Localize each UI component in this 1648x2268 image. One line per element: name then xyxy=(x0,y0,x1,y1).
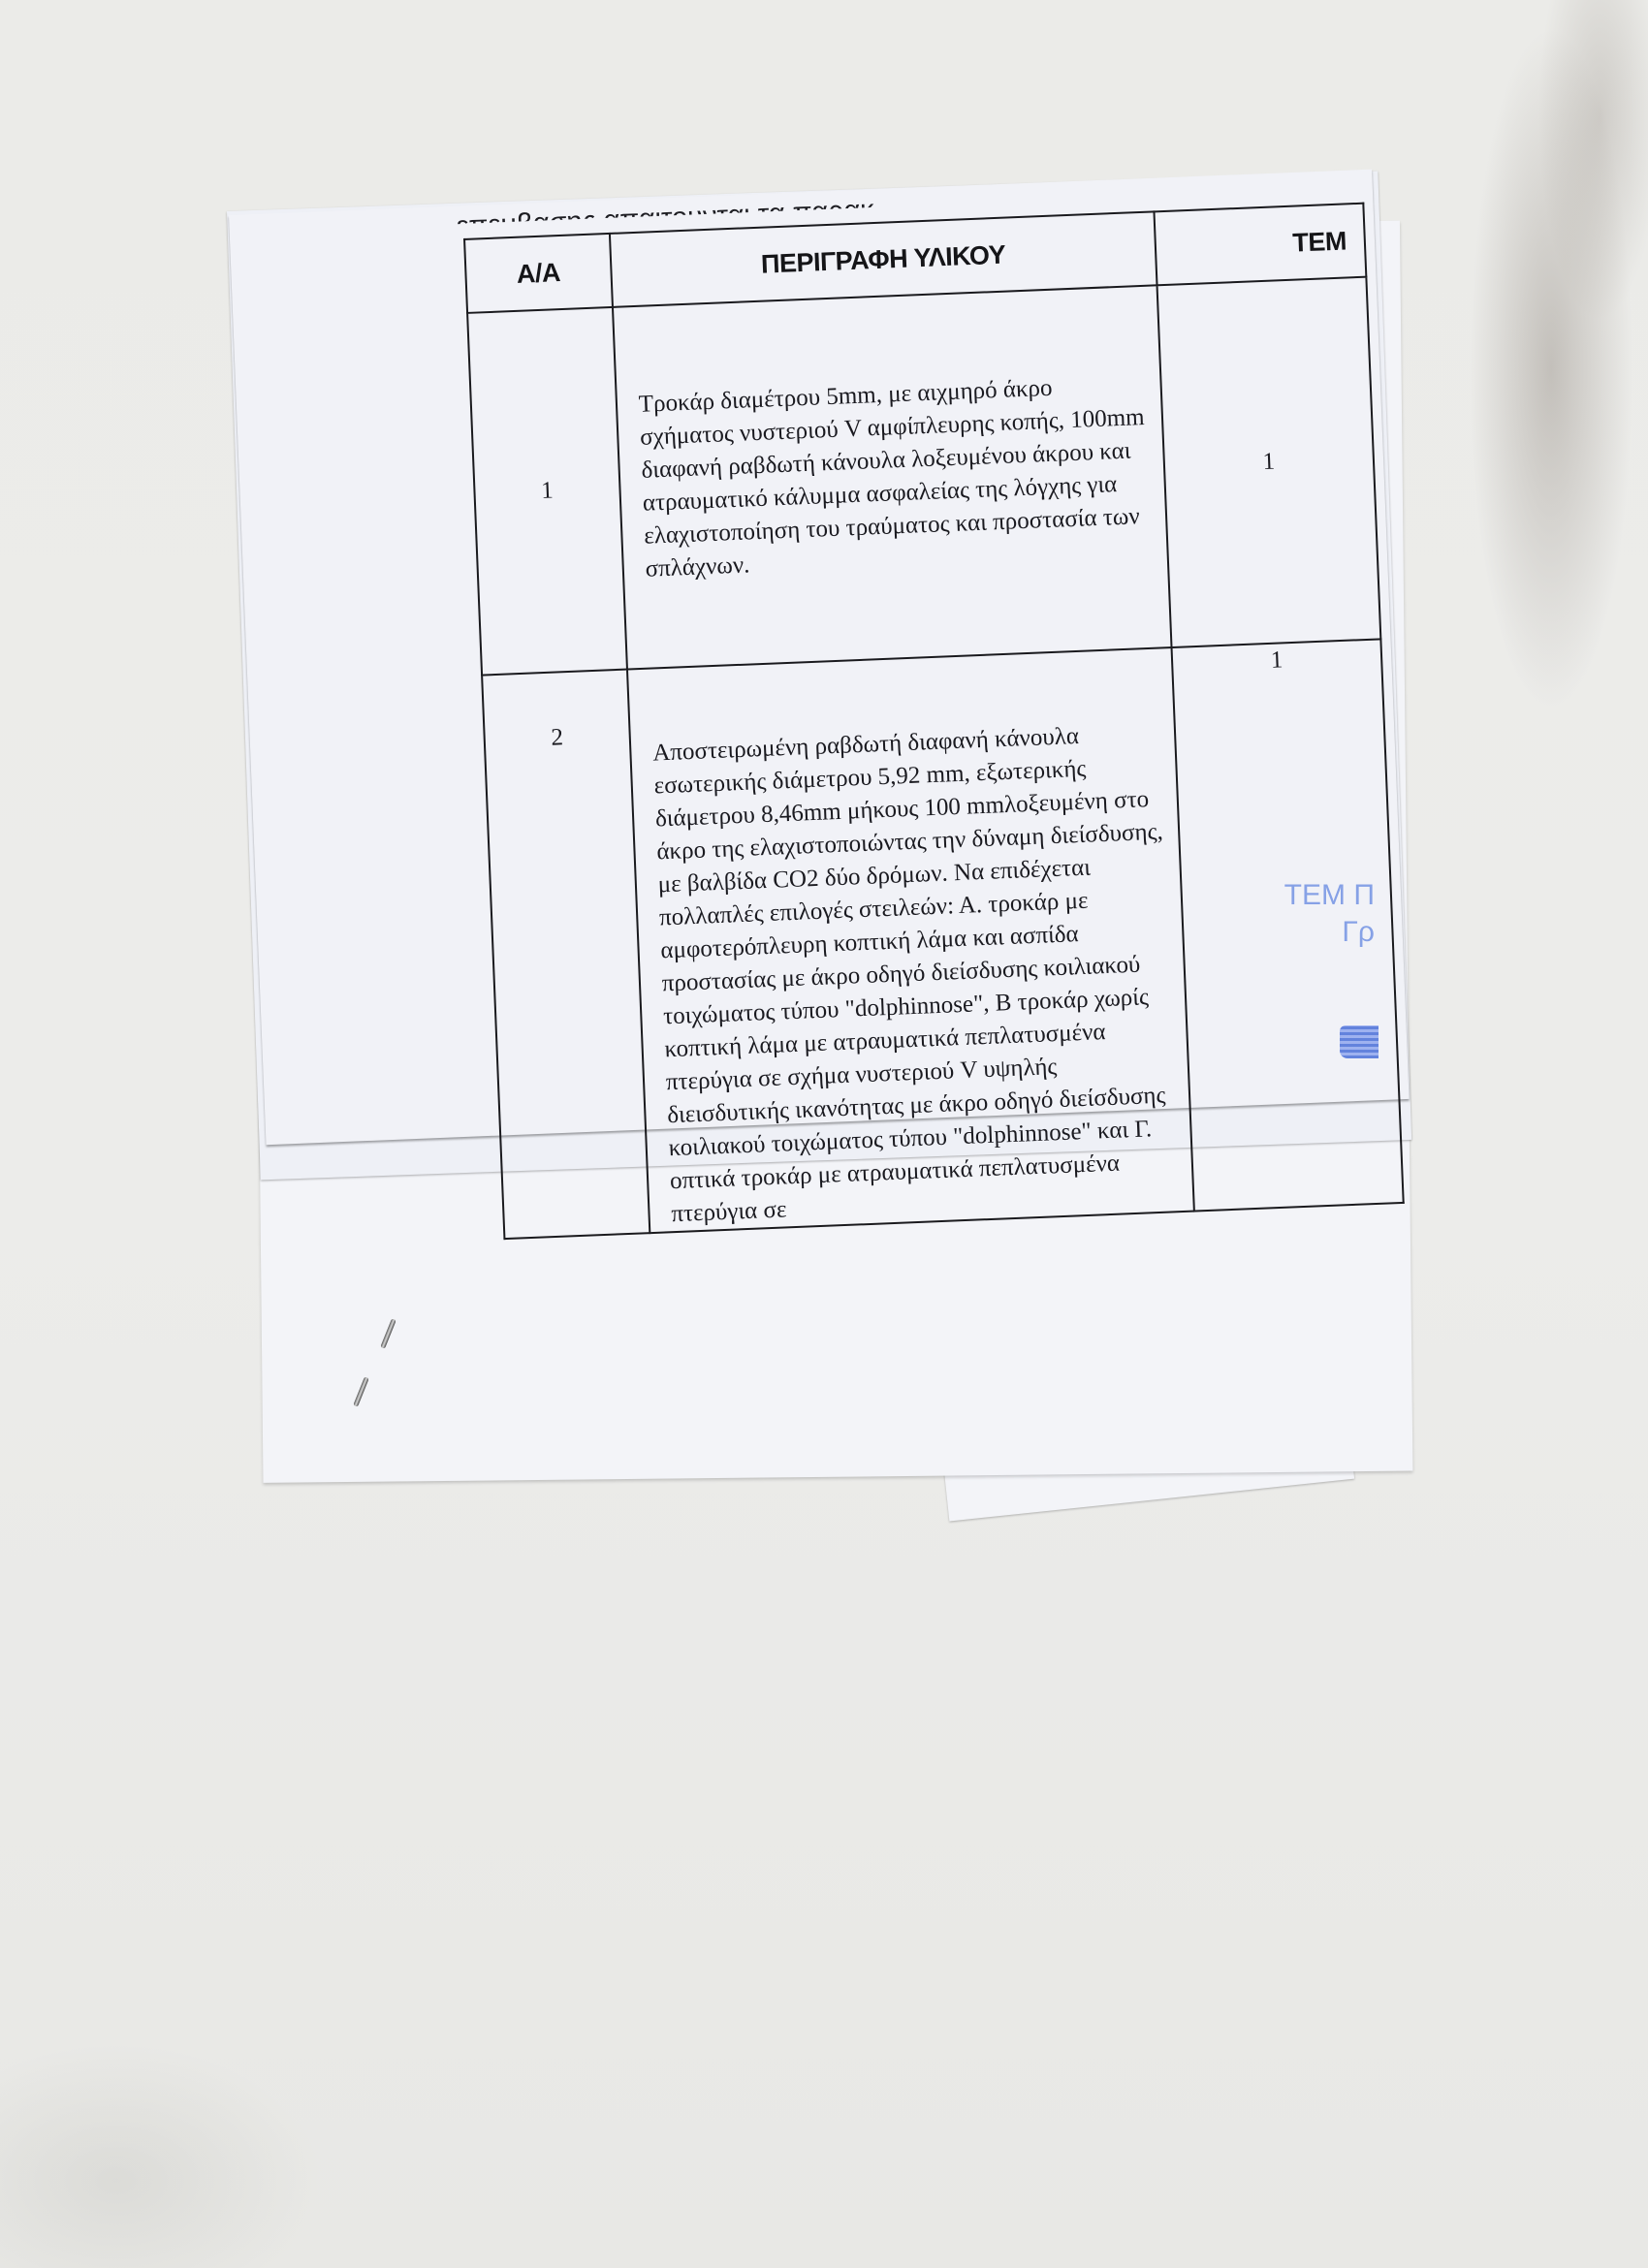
items-table-wrapper: Α/Α ΠΕΡΙΓΡΑΦΗ ΥΛΙΚΟΥ ΤΕΜ 1 Τροκάρ διαμέτ… xyxy=(463,203,1405,1240)
column-header-quantity: ΤΕΜ xyxy=(1154,204,1366,286)
column-header-aa: Α/Α xyxy=(464,234,613,313)
table-row: 1 Τροκάρ διαμέτρου 5mm, με αιχμηρό άκρο … xyxy=(467,277,1380,676)
cell-aa: 2 xyxy=(482,670,650,1240)
cell-quantity: 1 xyxy=(1157,277,1380,647)
ink-stamp-mark xyxy=(1340,1025,1379,1058)
items-table: Α/Α ΠΕΡΙΓΡΑΦΗ ΥΛΙΚΟΥ ΤΕΜ 1 Τροκάρ διαμέτ… xyxy=(463,203,1405,1240)
table-row: 2 Αποστειρωμένη ραβδωτή διαφανή κάνουλα … xyxy=(482,639,1404,1239)
cell-aa: 1 xyxy=(467,307,627,676)
bleed-through-text: ΤΕΜ Π Γρ xyxy=(1268,877,1375,951)
cell-description: Τροκάρ διαμέτρου 5mm, με αιχμηρό άκρο σχ… xyxy=(613,285,1172,669)
cell-description: Αποστειρωμένη ραβδωτή διαφανή κάνουλα εσ… xyxy=(627,647,1194,1233)
